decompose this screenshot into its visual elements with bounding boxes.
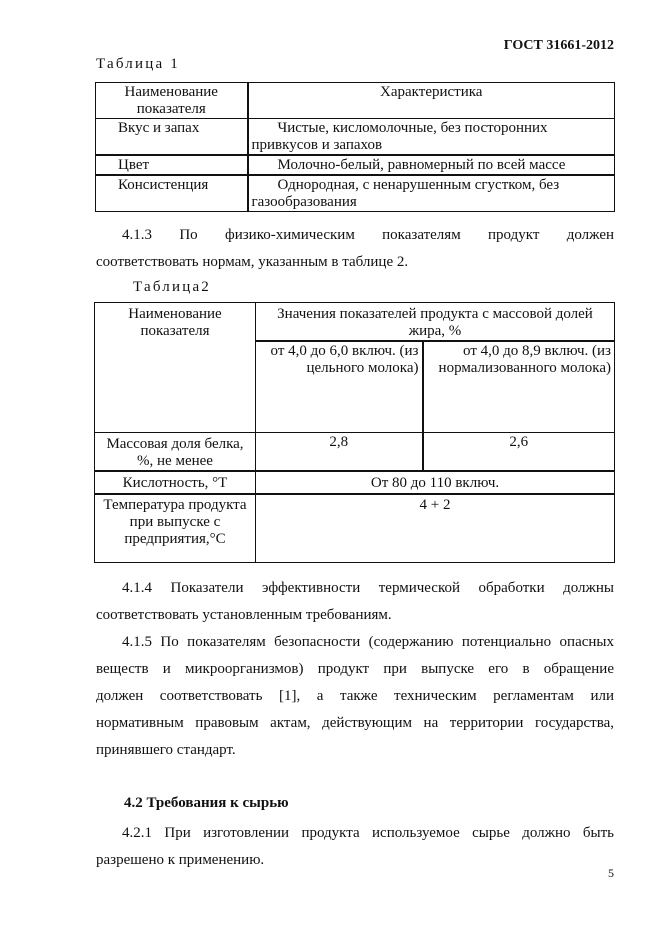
table1-header-characteristic: Характеристика [248,83,615,119]
paragraph-line: 4.2.1 При изготовлении продукта использу… [96,820,614,847]
document-header: ГОСТ 31661-2012 [504,38,614,54]
table-row: Кислотность, °Т От 80 до 110 включ. [95,471,615,494]
table-row: Вкус и запах Чистые, кисломолочные, без … [96,119,615,156]
table-row: Консистенция Однородная, с ненарушенным … [96,175,615,212]
paragraph-line: принявшего стандарт. [96,737,614,764]
table2-caption: Таблица2 [133,279,211,296]
table2-header-row: Наименование показателя Значения показат… [95,303,615,342]
table2-cell-name: Кислотность, °Т [95,471,256,494]
table2-subheader-whole-milk: от 4,0 до 6,0 включ. (из цельного молока… [256,341,423,432]
table2-cell-value: 2,8 [256,432,423,471]
table1-header-row: Наименование показателя Характеристика [96,83,615,119]
paragraph-line: 4.1.4 Показатели эффективности термическ… [96,575,614,602]
table1: Наименование показателя Характеристика В… [95,82,615,212]
table1-cell-value: Молочно-белый, равномерный по всей массе [248,155,615,175]
table2-header-name: Наименование показателя [95,303,256,433]
table2-cell-value: От 80 до 110 включ. [256,471,615,494]
paragraph-line: соответствовать установленным требования… [96,602,614,629]
section-heading-4-2: 4.2 Требования к сырью [124,795,289,812]
table-row: Массовая доля белка, %, не менее 2,8 2,6 [95,432,615,471]
paragraph-line: веществ и микроорганизмов) продукт при в… [96,656,614,683]
table1-cell-name: Цвет [96,155,248,175]
paragraph-4-2-1: 4.2.1 При изготовлении продукта использу… [96,820,614,874]
table2-cell-name: Температура продукта при выпуске с предп… [95,494,256,563]
paragraph-4-1-4: 4.1.4 Показатели эффективности термическ… [96,575,614,629]
paragraph-4-1-5: 4.1.5 По показателям безопасности (содер… [96,629,614,764]
table1-caption: Таблица 1 [96,56,180,73]
paragraph-line: 4.1.5 По показателям безопасности (содер… [96,629,614,656]
table2-subheader-normalized-milk: от 4,0 до 8,9 включ. (из нормализованног… [423,341,615,432]
table2-cell-value: 4 + 2 [256,494,615,563]
paragraph-line: 4.1.3 По физико-химическим показателям п… [96,222,614,249]
paragraph-4-1-3: 4.1.3 По физико-химическим показателям п… [96,222,614,276]
table2: Наименование показателя Значения показат… [94,302,615,563]
paragraph-line: разрешено к применению. [96,847,614,874]
table1-cell-value: Чистые, кисломолочные, без посторонних п… [248,119,615,156]
table1-cell-name: Консистенция [96,175,248,212]
table2-cell-value: 2,6 [423,432,615,471]
table-row: Цвет Молочно-белый, равномерный по всей … [96,155,615,175]
page-number: 5 [608,866,614,881]
table1-header-name: Наименование показателя [96,83,248,119]
table2-cell-name: Массовая доля белка, %, не менее [95,432,256,471]
paragraph-line: нормативным правовым актам, действующим … [96,710,614,737]
paragraph-line: должен соответствовать [1], а также техн… [96,683,614,710]
table2-header-group: Значения показателей продукта с массовой… [256,303,615,342]
table1-cell-value: Однородная, с ненарушенным сгустком, без… [248,175,615,212]
table1-cell-name: Вкус и запах [96,119,248,156]
paragraph-line: соответствовать нормам, указанным в табл… [96,249,614,276]
table-row: Температура продукта при выпуске с предп… [95,494,615,563]
